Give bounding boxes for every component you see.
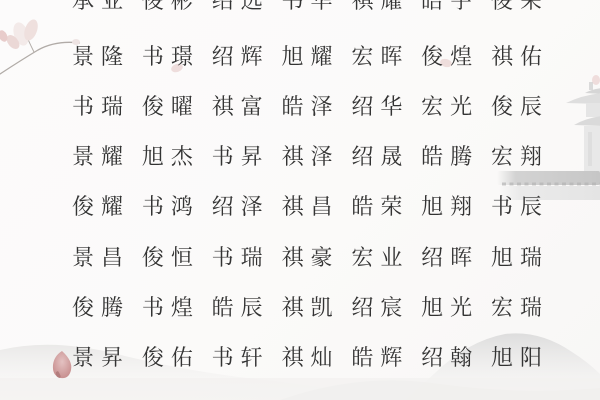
name-item: 俊彬 — [142, 0, 200, 14]
name-item: 旭耀 — [281, 46, 339, 70]
name-item: 皓荣 — [351, 196, 409, 220]
name-item: 祺佑 — [491, 46, 549, 70]
name-item: 绍宸 — [351, 297, 409, 321]
name-item: 书瑞 — [72, 96, 130, 120]
name-item: 宏翔 — [491, 146, 549, 170]
name-item: 俊耀 — [72, 196, 130, 220]
name-grid: 承业 俊彬 绍远 书华 祺耀 皓宇 俊荣 景隆 书璟 绍辉 旭耀 宏晖 俊煌 祺… — [0, 0, 600, 400]
name-item: 俊荣 — [491, 0, 549, 14]
name-item: 书璟 — [142, 46, 200, 70]
name-item: 俊曜 — [142, 96, 200, 120]
name-item: 承业 — [72, 0, 130, 14]
name-item: 景隆 — [72, 46, 130, 70]
name-item: 景耀 — [72, 146, 130, 170]
name-item: 旭翔 — [421, 196, 479, 220]
name-item: 书鸿 — [142, 196, 200, 220]
name-item: 祺耀 — [351, 0, 409, 14]
name-item: 祺富 — [212, 96, 270, 120]
name-item: 书昇 — [212, 146, 270, 170]
name-item: 皓泽 — [281, 96, 339, 120]
name-item: 皓宇 — [421, 0, 479, 14]
name-item: 俊佑 — [142, 347, 200, 371]
name-item: 宏业 — [351, 247, 409, 271]
name-item: 绍翰 — [421, 347, 479, 371]
name-item: 俊辰 — [491, 96, 549, 120]
name-row: 俊耀 书鸿 绍泽 祺昌 皓荣 旭翔 书辰 — [72, 196, 542, 220]
name-row: 俊腾 书煌 皓辰 祺凯 绍宸 旭光 宏瑞 — [72, 297, 542, 321]
name-item: 绍辉 — [212, 46, 270, 70]
name-item: 祺昌 — [281, 196, 339, 220]
name-item: 祺豪 — [281, 247, 339, 271]
name-item: 旭阳 — [491, 347, 549, 371]
name-row: 书瑞 俊曜 祺富 皓泽 绍华 宏光 俊辰 — [72, 96, 542, 120]
name-item: 俊恒 — [142, 247, 200, 271]
name-item: 宏光 — [421, 96, 479, 120]
name-item: 皓腾 — [421, 146, 479, 170]
name-item: 书煌 — [142, 297, 200, 321]
name-item: 旭瑞 — [491, 247, 549, 271]
name-list-page: 承业 俊彬 绍远 书华 祺耀 皓宇 俊荣 景隆 书璟 绍辉 旭耀 宏晖 俊煌 祺… — [0, 0, 600, 400]
name-item: 俊煌 — [421, 46, 479, 70]
name-item: 祺凯 — [281, 297, 339, 321]
name-item: 祺灿 — [281, 347, 339, 371]
name-item: 书瑞 — [212, 247, 270, 271]
name-item: 祺泽 — [281, 146, 339, 170]
name-item: 绍远 — [212, 0, 270, 14]
name-row: 景昇 俊佑 书轩 祺灿 皓辉 绍翰 旭阳 — [72, 347, 542, 371]
name-item: 俊腾 — [72, 297, 130, 321]
name-row: 景耀 旭杰 书昇 祺泽 绍晟 皓腾 宏翔 — [72, 146, 542, 170]
name-item: 宏瑞 — [491, 297, 549, 321]
name-item: 绍晖 — [421, 247, 479, 271]
name-row: 承业 俊彬 绍远 书华 祺耀 皓宇 俊荣 — [72, 0, 542, 14]
name-item: 皓辰 — [212, 297, 270, 321]
name-item: 书辰 — [491, 196, 549, 220]
name-item: 皓辉 — [351, 347, 409, 371]
name-item: 绍泽 — [212, 196, 270, 220]
name-row: 景昌 俊恒 书瑞 祺豪 宏业 绍晖 旭瑞 — [72, 247, 542, 271]
name-item: 书轩 — [212, 347, 270, 371]
name-item: 书华 — [281, 0, 339, 14]
name-item: 绍华 — [351, 96, 409, 120]
name-row: 景隆 书璟 绍辉 旭耀 宏晖 俊煌 祺佑 — [72, 46, 542, 70]
name-item: 宏晖 — [351, 46, 409, 70]
name-item: 绍晟 — [351, 146, 409, 170]
name-item: 旭光 — [421, 297, 479, 321]
name-item: 景昇 — [72, 347, 130, 371]
name-item: 旭杰 — [142, 146, 200, 170]
name-item: 景昌 — [72, 247, 130, 271]
